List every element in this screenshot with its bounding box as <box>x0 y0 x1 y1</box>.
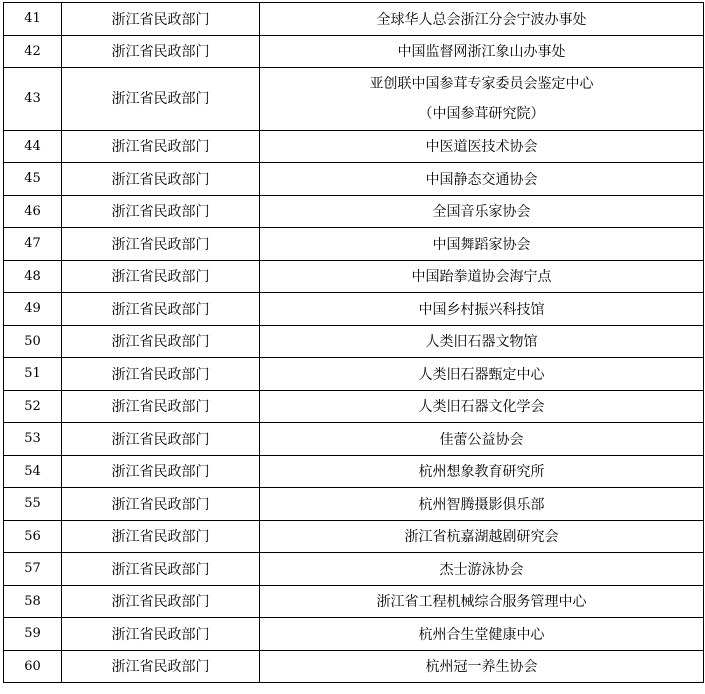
department-cell: 浙江省民政部门 <box>62 163 260 196</box>
table-row: 47 浙江省民政部门 中国舞蹈家协会 <box>4 228 704 261</box>
department-cell: 浙江省民政部门 <box>62 618 260 651</box>
department-cell: 浙江省民政部门 <box>62 488 260 521</box>
department-cell: 浙江省民政部门 <box>62 585 260 618</box>
department-cell: 浙江省民政部门 <box>62 130 260 163</box>
department-cell: 浙江省民政部门 <box>62 35 260 68</box>
organization-cell: 佳蕾公益协会 <box>260 423 704 456</box>
table-row: 45 浙江省民政部门 中国静态交通协会 <box>4 163 704 196</box>
organization-cell: 杭州冠一养生协会 <box>260 650 704 683</box>
table-row: 43 浙江省民政部门 亚创联中国参茸专家委员会鉴定中心 （中国参茸研究院） <box>4 68 704 131</box>
department-cell: 浙江省民政部门 <box>62 423 260 456</box>
row-number: 42 <box>4 35 62 68</box>
organization-cell: 中医道医技术协会 <box>260 130 704 163</box>
department-cell: 浙江省民政部门 <box>62 553 260 586</box>
department-cell: 浙江省民政部门 <box>62 195 260 228</box>
department-cell: 浙江省民政部门 <box>62 260 260 293</box>
organization-cell: 人类旧石器文物馆 <box>260 325 704 358</box>
department-cell: 浙江省民政部门 <box>62 390 260 423</box>
table-row: 53 浙江省民政部门 佳蕾公益协会 <box>4 423 704 456</box>
row-number: 49 <box>4 293 62 326</box>
row-number: 60 <box>4 650 62 683</box>
organization-cell: 中国乡村振兴科技馆 <box>260 293 704 326</box>
table-row: 58 浙江省民政部门 浙江省工程机械综合服务管理中心 <box>4 585 704 618</box>
table-row: 57 浙江省民政部门 杰士游泳协会 <box>4 553 704 586</box>
organization-name-line1: 亚创联中国参茸专家委员会鉴定中心 <box>260 69 703 99</box>
department-cell: 浙江省民政部门 <box>62 520 260 553</box>
row-number: 48 <box>4 260 62 293</box>
organization-cell: 杰士游泳协会 <box>260 553 704 586</box>
organization-cell: 全球华人总会浙江分会宁波办事处 <box>260 3 704 36</box>
row-number: 46 <box>4 195 62 228</box>
table-row: 46 浙江省民政部门 全国音乐家协会 <box>4 195 704 228</box>
department-cell: 浙江省民政部门 <box>62 3 260 36</box>
table-row: 52 浙江省民政部门 人类旧石器文化学会 <box>4 390 704 423</box>
table-row: 60 浙江省民政部门 杭州冠一养生协会 <box>4 650 704 683</box>
table-row: 49 浙江省民政部门 中国乡村振兴科技馆 <box>4 293 704 326</box>
table-row: 54 浙江省民政部门 杭州想象教育研究所 <box>4 455 704 488</box>
department-cell: 浙江省民政部门 <box>62 358 260 391</box>
organization-cell: 杭州想象教育研究所 <box>260 455 704 488</box>
department-cell: 浙江省民政部门 <box>62 68 260 131</box>
row-number: 45 <box>4 163 62 196</box>
organization-cell: 中国静态交通协会 <box>260 163 704 196</box>
row-number: 52 <box>4 390 62 423</box>
organization-cell: 中国舞蹈家协会 <box>260 228 704 261</box>
table-row: 50 浙江省民政部门 人类旧石器文物馆 <box>4 325 704 358</box>
organization-cell: 亚创联中国参茸专家委员会鉴定中心 （中国参茸研究院） <box>260 68 704 131</box>
table-row: 55 浙江省民政部门 杭州智腾摄影俱乐部 <box>4 488 704 521</box>
row-number: 57 <box>4 553 62 586</box>
row-number: 44 <box>4 130 62 163</box>
table-row: 56 浙江省民政部门 浙江省杭嘉湖越剧研究会 <box>4 520 704 553</box>
organization-cell: 中国跆拳道协会海宁点 <box>260 260 704 293</box>
row-number: 54 <box>4 455 62 488</box>
table-row: 48 浙江省民政部门 中国跆拳道协会海宁点 <box>4 260 704 293</box>
row-number: 50 <box>4 325 62 358</box>
department-cell: 浙江省民政部门 <box>62 650 260 683</box>
organization-cell: 中国监督网浙江象山办事处 <box>260 35 704 68</box>
department-cell: 浙江省民政部门 <box>62 293 260 326</box>
table-row: 44 浙江省民政部门 中医道医技术协会 <box>4 130 704 163</box>
row-number: 51 <box>4 358 62 391</box>
department-cell: 浙江省民政部门 <box>62 455 260 488</box>
organization-name-line2: （中国参茸研究院） <box>260 99 703 129</box>
organization-cell: 全国音乐家协会 <box>260 195 704 228</box>
row-number: 43 <box>4 68 62 131</box>
table-row: 51 浙江省民政部门 人类旧石器甄定中心 <box>4 358 704 391</box>
table-row: 41 浙江省民政部门 全球华人总会浙江分会宁波办事处 <box>4 3 704 36</box>
table-row: 59 浙江省民政部门 杭州合生堂健康中心 <box>4 618 704 651</box>
department-cell: 浙江省民政部门 <box>62 228 260 261</box>
organization-cell: 浙江省工程机械综合服务管理中心 <box>260 585 704 618</box>
department-cell: 浙江省民政部门 <box>62 325 260 358</box>
row-number: 58 <box>4 585 62 618</box>
organization-cell: 杭州合生堂健康中心 <box>260 618 704 651</box>
organization-cell: 人类旧石器甄定中心 <box>260 358 704 391</box>
row-number: 59 <box>4 618 62 651</box>
row-number: 55 <box>4 488 62 521</box>
organization-table: 41 浙江省民政部门 全球华人总会浙江分会宁波办事处 42 浙江省民政部门 中国… <box>3 2 704 683</box>
row-number: 47 <box>4 228 62 261</box>
row-number: 41 <box>4 3 62 36</box>
row-number: 53 <box>4 423 62 456</box>
organization-cell: 人类旧石器文化学会 <box>260 390 704 423</box>
organization-cell: 杭州智腾摄影俱乐部 <box>260 488 704 521</box>
organization-cell: 浙江省杭嘉湖越剧研究会 <box>260 520 704 553</box>
table-row: 42 浙江省民政部门 中国监督网浙江象山办事处 <box>4 35 704 68</box>
row-number: 56 <box>4 520 62 553</box>
